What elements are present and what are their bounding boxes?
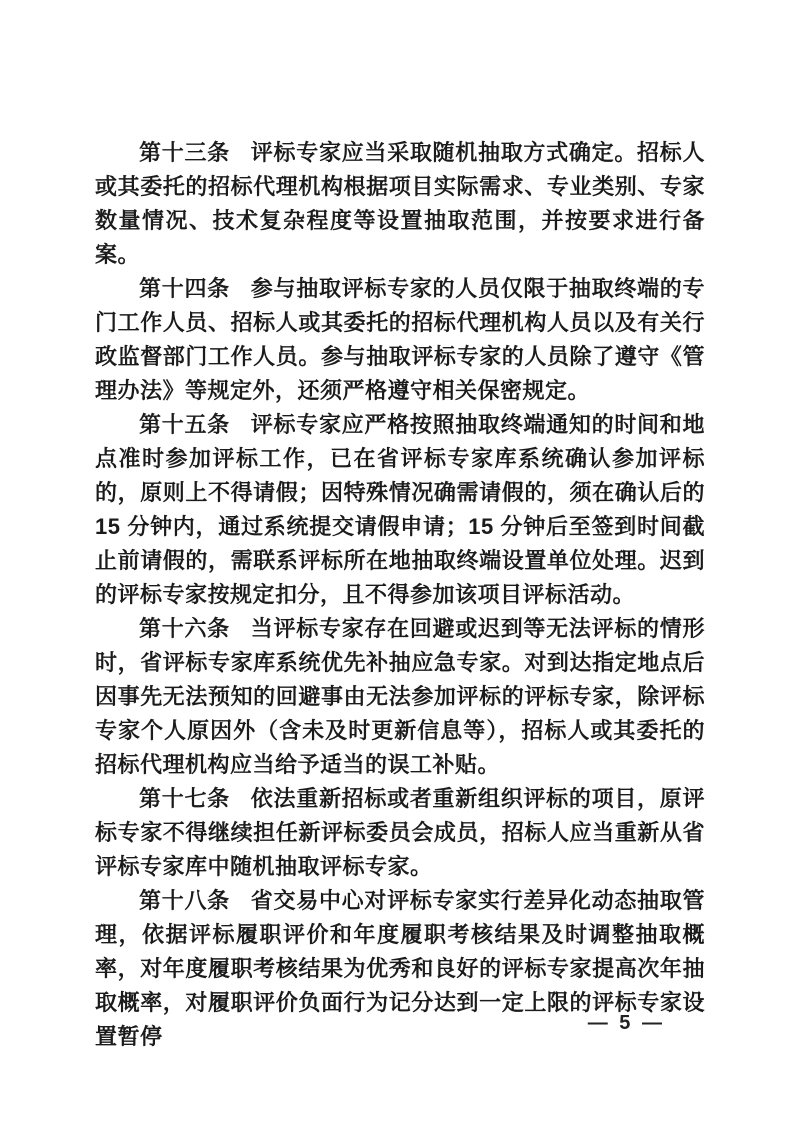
- article-number: 第十六条: [139, 616, 230, 641]
- document-page: 第十三条评标专家应当采取随机抽取方式确定。招标人或其委托的招标代理机构根据项目实…: [0, 0, 793, 1122]
- article-number: 第十七条: [139, 786, 230, 811]
- article-paragraph-13: 第十三条评标专家应当采取随机抽取方式确定。招标人或其委托的招标代理机构根据项目实…: [95, 136, 705, 272]
- article-number: 第十八条: [139, 888, 230, 913]
- article-number: 第十五条: [139, 412, 230, 437]
- article-paragraph-14: 第十四条参与抽取评标专家的人员仅限于抽取终端的专门工作人员、招标人或其委托的招标…: [95, 272, 705, 408]
- article-number: 第十四条: [139, 276, 230, 301]
- article-paragraph-15: 第十五条评标专家应严格按照抽取终端通知的时间和地点准时参加评标工作，已在省评标专…: [95, 408, 705, 612]
- article-paragraph-17: 第十七条依法重新招标或者重新组织评标的项目，原评标专家不得继续担任新评标委员会成…: [95, 782, 705, 884]
- article-number: 第十三条: [139, 140, 230, 165]
- document-body: 第十三条评标专家应当采取随机抽取方式确定。招标人或其委托的招标代理机构根据项目实…: [95, 136, 705, 1054]
- article-paragraph-16: 第十六条当评标专家存在回避或迟到等无法评标的情形时，省评标专家库系统优先补抽应急…: [95, 612, 705, 782]
- page-number: — 5 —: [588, 1012, 665, 1035]
- article-text: 评标专家应严格按照抽取终端通知的时间和地点准时参加评标工作，已在省评标专家库系统…: [95, 412, 705, 607]
